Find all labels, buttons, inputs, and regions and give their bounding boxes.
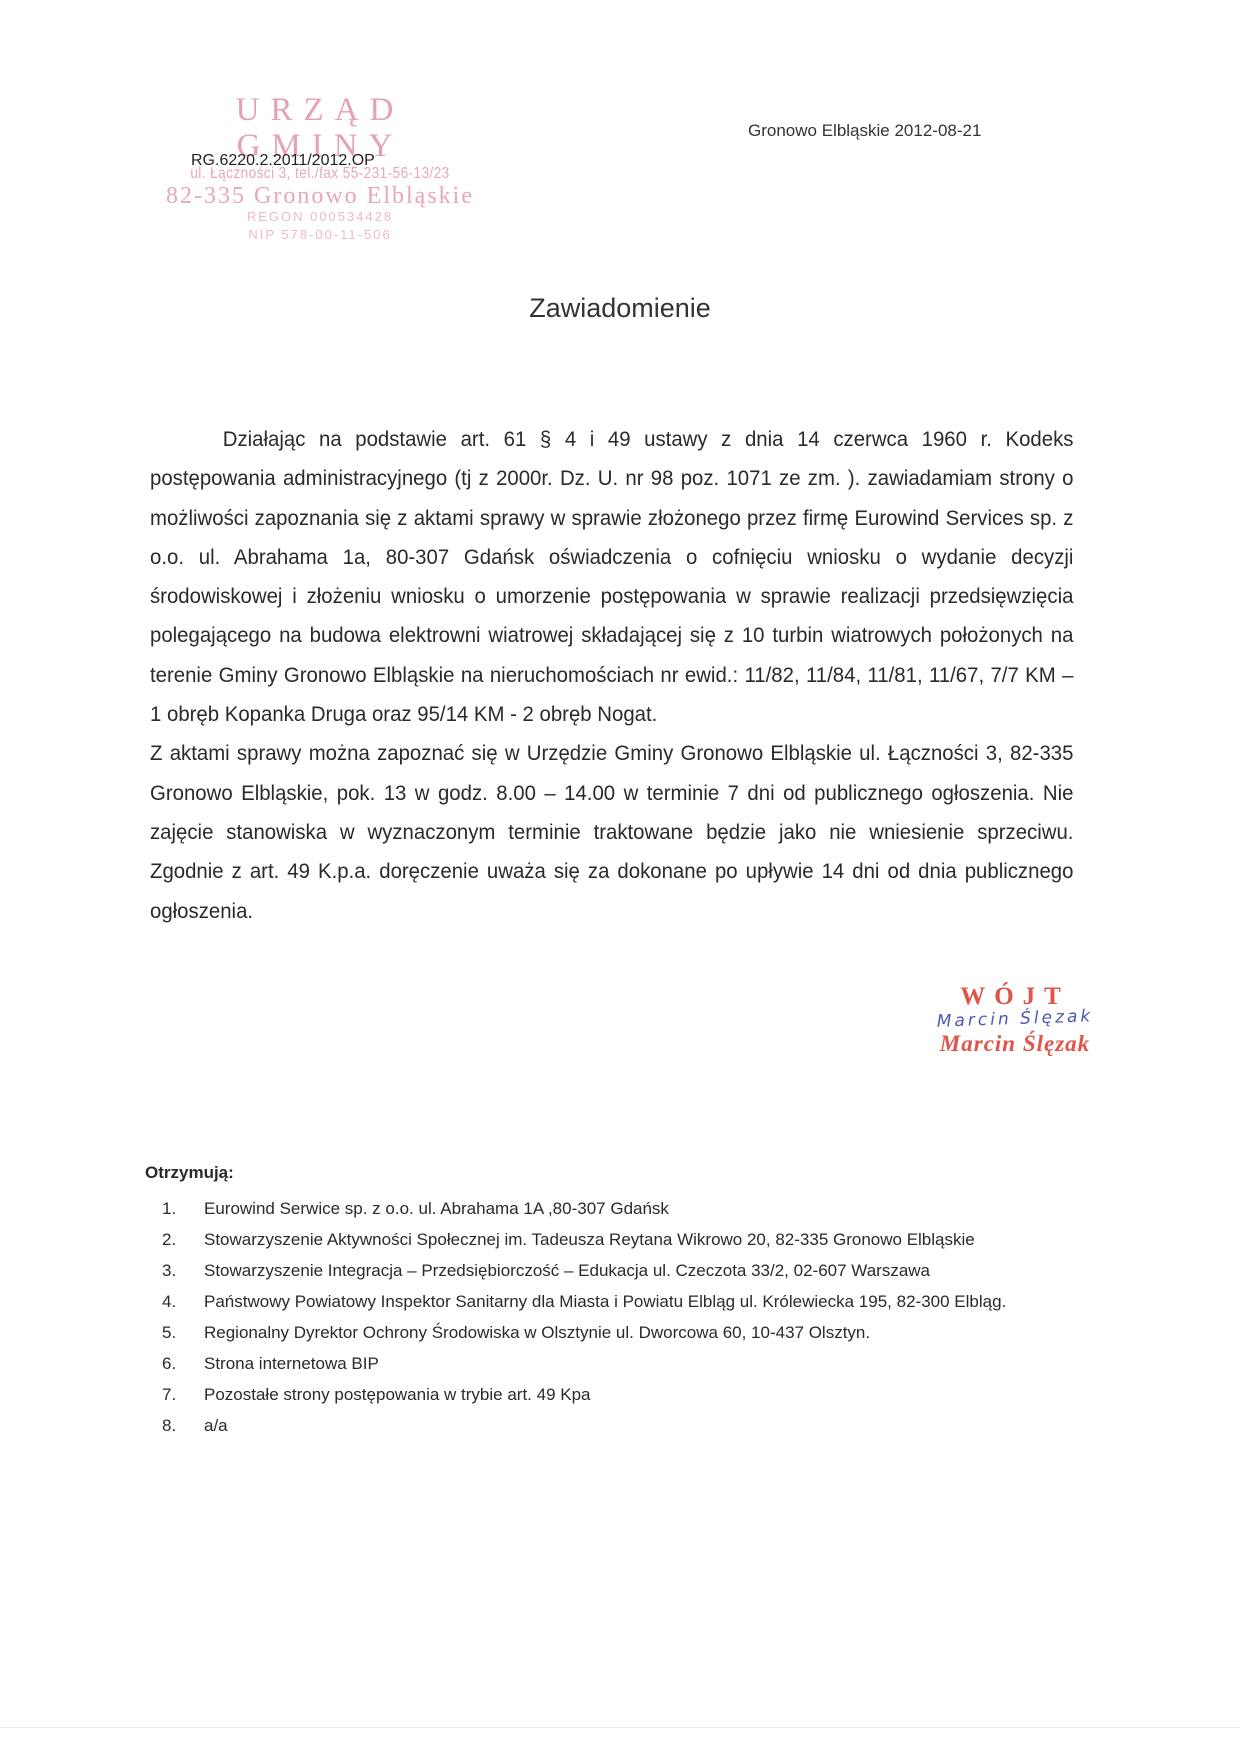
list-item: 3. Stowarzyszenie Integracja – Przedsięb…	[145, 1255, 1105, 1286]
list-item-text: Stowarzyszenie Integracja – Przedsiębior…	[204, 1255, 1105, 1286]
list-item-number: 7.	[145, 1379, 204, 1410]
list-item: 7. Pozostałe strony postępowania w trybi…	[145, 1379, 1105, 1410]
reference-number: RG.6220.2.2011/2012.OP	[191, 152, 375, 170]
list-item-text: Regionalny Dyrektor Ochrony Środowiska w…	[204, 1317, 1105, 1348]
list-item: 6. Strona internetowa BIP	[145, 1348, 1105, 1379]
list-item-number: 1.	[145, 1193, 204, 1224]
list-item: 2. Stowarzyszenie Aktywności Społecznej …	[145, 1224, 1105, 1255]
list-item-text: Pozostałe strony postępowania w trybie a…	[204, 1379, 1105, 1410]
list-item: 8. a/a	[145, 1410, 1105, 1441]
list-item-number: 3.	[145, 1255, 204, 1286]
list-item: 1. Eurowind Serwice sp. z o.o. ul. Abrah…	[145, 1193, 1105, 1224]
place-and-date: Gronowo Elbląskie 2012-08-21	[748, 121, 981, 141]
list-item-number: 5.	[145, 1317, 204, 1348]
stamp-nip: NIP 578-00-11-506	[150, 226, 490, 244]
list-item-number: 4.	[145, 1286, 204, 1317]
signature-block: WÓJT Marcin Ślęzak Marcin Ślęzak	[915, 983, 1115, 1057]
list-item-number: 2.	[145, 1224, 204, 1255]
stamp-regon: REGON 000534428	[150, 208, 490, 226]
document-title: Zawiadomienie	[0, 293, 1240, 324]
recipients-heading: Otrzymują:	[145, 1163, 1105, 1183]
document-body: Działając na podstawie art. 61 § 4 i 49 …	[150, 420, 1073, 931]
body-paragraph-2: Z aktami sprawy można zapoznać się w Urz…	[150, 734, 1073, 930]
recipients-section: Otrzymują: 1. Eurowind Serwice sp. z o.o…	[145, 1163, 1105, 1441]
list-item-text: Stowarzyszenie Aktywności Społecznej im.…	[204, 1224, 1105, 1255]
stamp-city: 82-335 Gronowo Elbląskie	[150, 184, 490, 208]
list-item-number: 8.	[145, 1410, 204, 1441]
list-item-text: Eurowind Serwice sp. z o.o. ul. Abrahama…	[204, 1193, 1105, 1224]
list-item: 5. Regionalny Dyrektor Ochrony Środowisk…	[145, 1317, 1105, 1348]
list-item-text: Strona internetowa BIP	[204, 1348, 1105, 1379]
page-bottom-edge	[0, 1727, 1240, 1728]
list-item-text: Państwowy Powiatowy Inspektor Sanitarny …	[204, 1286, 1105, 1317]
body-paragraph-1: Działając na podstawie art. 61 § 4 i 49 …	[150, 420, 1073, 734]
list-item-text: a/a	[204, 1410, 1105, 1441]
list-item-number: 6.	[145, 1348, 204, 1379]
signatory-name: Marcin Ślęzak	[915, 1031, 1115, 1057]
list-item: 4. Państwowy Powiatowy Inspektor Sanitar…	[145, 1286, 1105, 1317]
recipients-list: 1. Eurowind Serwice sp. z o.o. ul. Abrah…	[145, 1193, 1105, 1441]
